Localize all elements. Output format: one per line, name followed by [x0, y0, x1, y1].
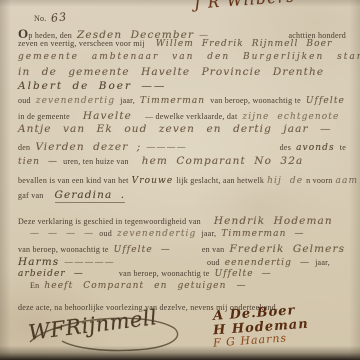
handwritten-comparant-name: Albert de Boer —— — [18, 80, 166, 92]
printed-text: n voorn — [306, 176, 332, 185]
handwritten-age: zevenendertig — [117, 229, 196, 239]
handwritten-age: eenendertig — — [225, 258, 310, 268]
handwritten-time-of-day: avonds — [296, 143, 335, 153]
printed-text: Deze verklaring is geschied in tegenwoor… — [18, 217, 201, 226]
line-witness2-details: Harms ————— oud eenendertig — jaar, — [18, 256, 330, 268]
handwritten-dash: — — — — — [30, 229, 94, 239]
printed-text: gaf van — [18, 191, 44, 200]
line-comparant-details: oud zevenendertig jaar, Timmerman van be… — [18, 96, 330, 106]
handwritten-text: aam — [336, 176, 359, 186]
printed-text: van beroep, woonachtig te — [210, 96, 301, 105]
handwritten-dash: ————— — [64, 258, 202, 268]
handwritten-residence: Uffelte — [306, 96, 345, 106]
handwritten-dash: ———— — [146, 143, 186, 153]
line-municipality: in de gemeente Havelte Provincie Drenthe — [18, 66, 324, 78]
handwritten-municipality: Havelte — [83, 110, 132, 122]
line-declaration: in de gemeente Havelte — dewelke verklaa… — [18, 110, 339, 122]
line-child-sex: bevallen is van een kind van het Vrouwe … — [18, 176, 358, 186]
handwritten-registrar-name: Willem Fredrik Rijnmell Boer — [156, 39, 333, 49]
line-birth-time-place: tien — uren, ten huize van hem Comparant… — [18, 155, 303, 167]
printed-text: zeven en veertig, verscheen voor mij — [18, 39, 145, 48]
registrar-stamp-annotation: J R Wilbers — [193, 0, 295, 13]
handwritten-house: hem Comparant No 32a — [142, 155, 304, 167]
act-number-label: No. — [34, 14, 47, 23]
handwritten-mother-name: Antje van Ek oud zeven en dertig jaar — — [18, 123, 332, 135]
printed-text: in de gemeente — [18, 112, 70, 121]
printed-text: En — [30, 281, 39, 290]
handwritten-day: Vierden dezer ; — [35, 141, 141, 153]
printed-text: oud — [207, 258, 220, 267]
printed-text: uren, ten huize van — [63, 157, 129, 166]
line-witness1-details: — — — — oud zevenendertig jaar, Timmerma… — [30, 229, 270, 239]
line-child-name: gaf van Geradina . — [18, 189, 125, 203]
birth-certificate-scan: J R Wilbers No. 63 Op heden, den Zesden … — [0, 0, 360, 360]
line-registrar-title: gemeente ambtenaar van den Burgerlijken … — [18, 52, 360, 62]
handwritten-occupation: arbeider — — [18, 269, 84, 279]
handwritten-municipality: in de gemeente Havelte Provincie Drenthe — [18, 66, 324, 78]
printed-text: van beroep, woonachtig te — [18, 245, 109, 254]
handwritten-witness2-surname: Harms — [18, 256, 59, 268]
handwritten-age: zevenendertig — [36, 96, 115, 106]
handwritten-child-name: Geradina . — [55, 189, 126, 203]
handwritten-text: hij de — [267, 176, 303, 186]
printed-text: — dewelke verklaarde, dat — [145, 112, 237, 121]
line-witness2-intro: van beroep, woonachtig te Uffelte — en v… — [18, 243, 345, 255]
line-mother-name: Antje van Ek oud zeven en dertig jaar — — [18, 123, 332, 135]
printed-text: jaar, — [315, 258, 330, 267]
handwritten-occupation: Timmerman — [140, 96, 205, 106]
printed-text: den — [18, 143, 30, 152]
handwritten-text: zijne echtgenote — [242, 112, 339, 122]
act-number-value: 63 — [50, 10, 67, 25]
line-witness2-occupation: arbeider — van beroep, woonachtig te Uff… — [18, 269, 272, 279]
handwritten-residence: Uffelte — — [215, 269, 272, 279]
printed-text: jaar, — [201, 229, 216, 238]
printed-text: lijk geslacht, aan hetwelk — [176, 176, 264, 185]
line-signing-statement: En heeft Comparant en getuigen — — [30, 281, 247, 291]
handwritten-witness2-name: Frederik Gelmers — [229, 243, 345, 255]
printed-text: te — [340, 143, 346, 152]
handwritten-residence: Uffelte — — [114, 245, 171, 255]
line-registrar-name: zeven en veertig, verscheen voor mij Wil… — [18, 39, 333, 49]
printed-text: jaar, — [120, 96, 135, 105]
handwritten-sex: Vrouwe — [132, 176, 174, 186]
handwritten-title: gemeente ambtenaar van den Burgerlijken … — [18, 52, 360, 62]
line-comparant-name: Albert de Boer —— — [18, 80, 166, 92]
printed-text: van beroep, woonachtig te — [119, 269, 210, 278]
line-witnesses-intro: Deze verklaring is geschied in tegenwoor… — [18, 215, 333, 227]
printed-text: bevallen is van een kind van het — [18, 176, 129, 185]
printed-text: en van — [202, 245, 225, 254]
printed-text: oud — [18, 96, 31, 105]
printed-text: des — [280, 143, 291, 152]
handwritten-text: heeft Comparant en getuigen — — [44, 281, 246, 291]
act-number-row: No. 63 — [34, 11, 67, 24]
line-birth-day: den Vierden dezer ; ———— des avonds te — [18, 141, 346, 153]
handwritten-witness1-name: Hendrik Hodeman — [214, 215, 333, 227]
handwritten-hour: tien — — [18, 157, 58, 167]
handwritten-occupation: Timmerman — — [221, 229, 304, 239]
printed-text: oud — [99, 229, 112, 238]
